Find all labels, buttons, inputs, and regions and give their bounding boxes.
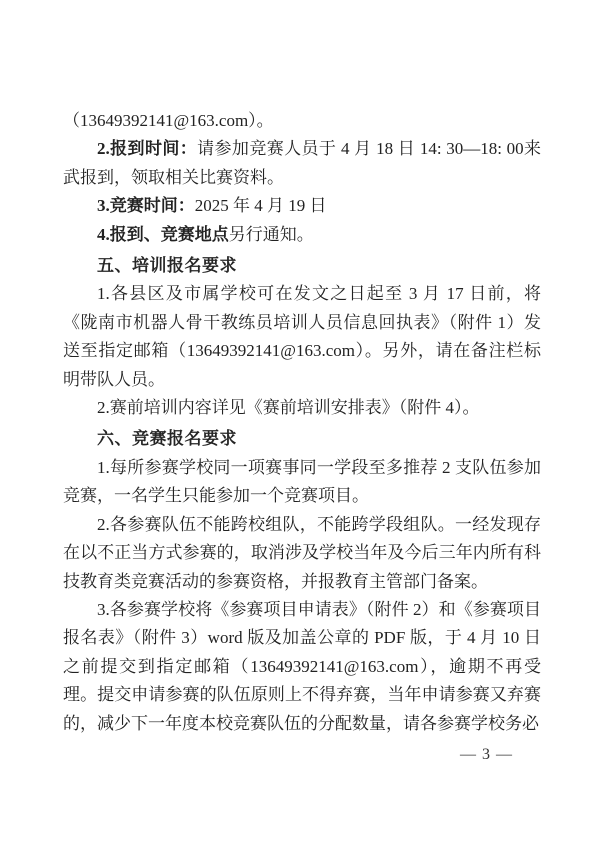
paragraph-competition-3: 3.各参赛学校将《参赛项目申请表》（附件 2）和《参赛项目报名表》（附件 3）w… xyxy=(63,596,541,738)
document-page: （13649392141@163.com）。 2.报到时间：请参加竞赛人员于 4… xyxy=(0,0,595,841)
page-number: — 3 — xyxy=(460,746,513,764)
location-label: 4.报到、竞赛地点 xyxy=(97,225,229,244)
competition-time-label: 3.竞赛时间： xyxy=(97,196,195,215)
section-heading-training-registration: 五、培训报名要求 xyxy=(63,252,541,280)
report-time-label: 2.报到时间： xyxy=(97,139,197,158)
paragraph-training-1: 1.各县区及市属学校可在发文之日起至 3 月 17 日前，将《陇南市机器人骨干教… xyxy=(63,280,541,394)
paragraph-report-time: 2.报到时间：请参加竞赛人员于 4 月 18 日 14: 30—18: 00来武… xyxy=(63,135,541,192)
location-text: 另行通知。 xyxy=(229,225,314,244)
paragraph-competition-2: 2.各参赛队伍不能跨校组队，不能跨学段组队。一经发现存在以不正当方式参赛的，取消… xyxy=(63,511,541,596)
competition-time-text: 2025 年 4 月 19 日 xyxy=(195,196,327,215)
document-content: （13649392141@163.com）。 2.报到时间：请参加竞赛人员于 4… xyxy=(63,107,541,738)
section-heading-competition-registration: 六、竞赛报名要求 xyxy=(63,425,541,453)
paragraph-competition-1: 1.每所参赛学校同一项赛事同一学段至多推荐 2 支队伍参加竞赛，一名学生只能参加… xyxy=(63,454,541,511)
paragraph-email-continuation: （13649392141@163.com）。 xyxy=(63,107,541,135)
paragraph-location: 4.报到、竞赛地点另行通知。 xyxy=(63,221,541,249)
paragraph-competition-time: 3.竞赛时间：2025 年 4 月 19 日 xyxy=(63,192,541,220)
paragraph-training-2: 2.赛前培训内容详见《赛前培训安排表》（附件 4）。 xyxy=(63,394,541,422)
